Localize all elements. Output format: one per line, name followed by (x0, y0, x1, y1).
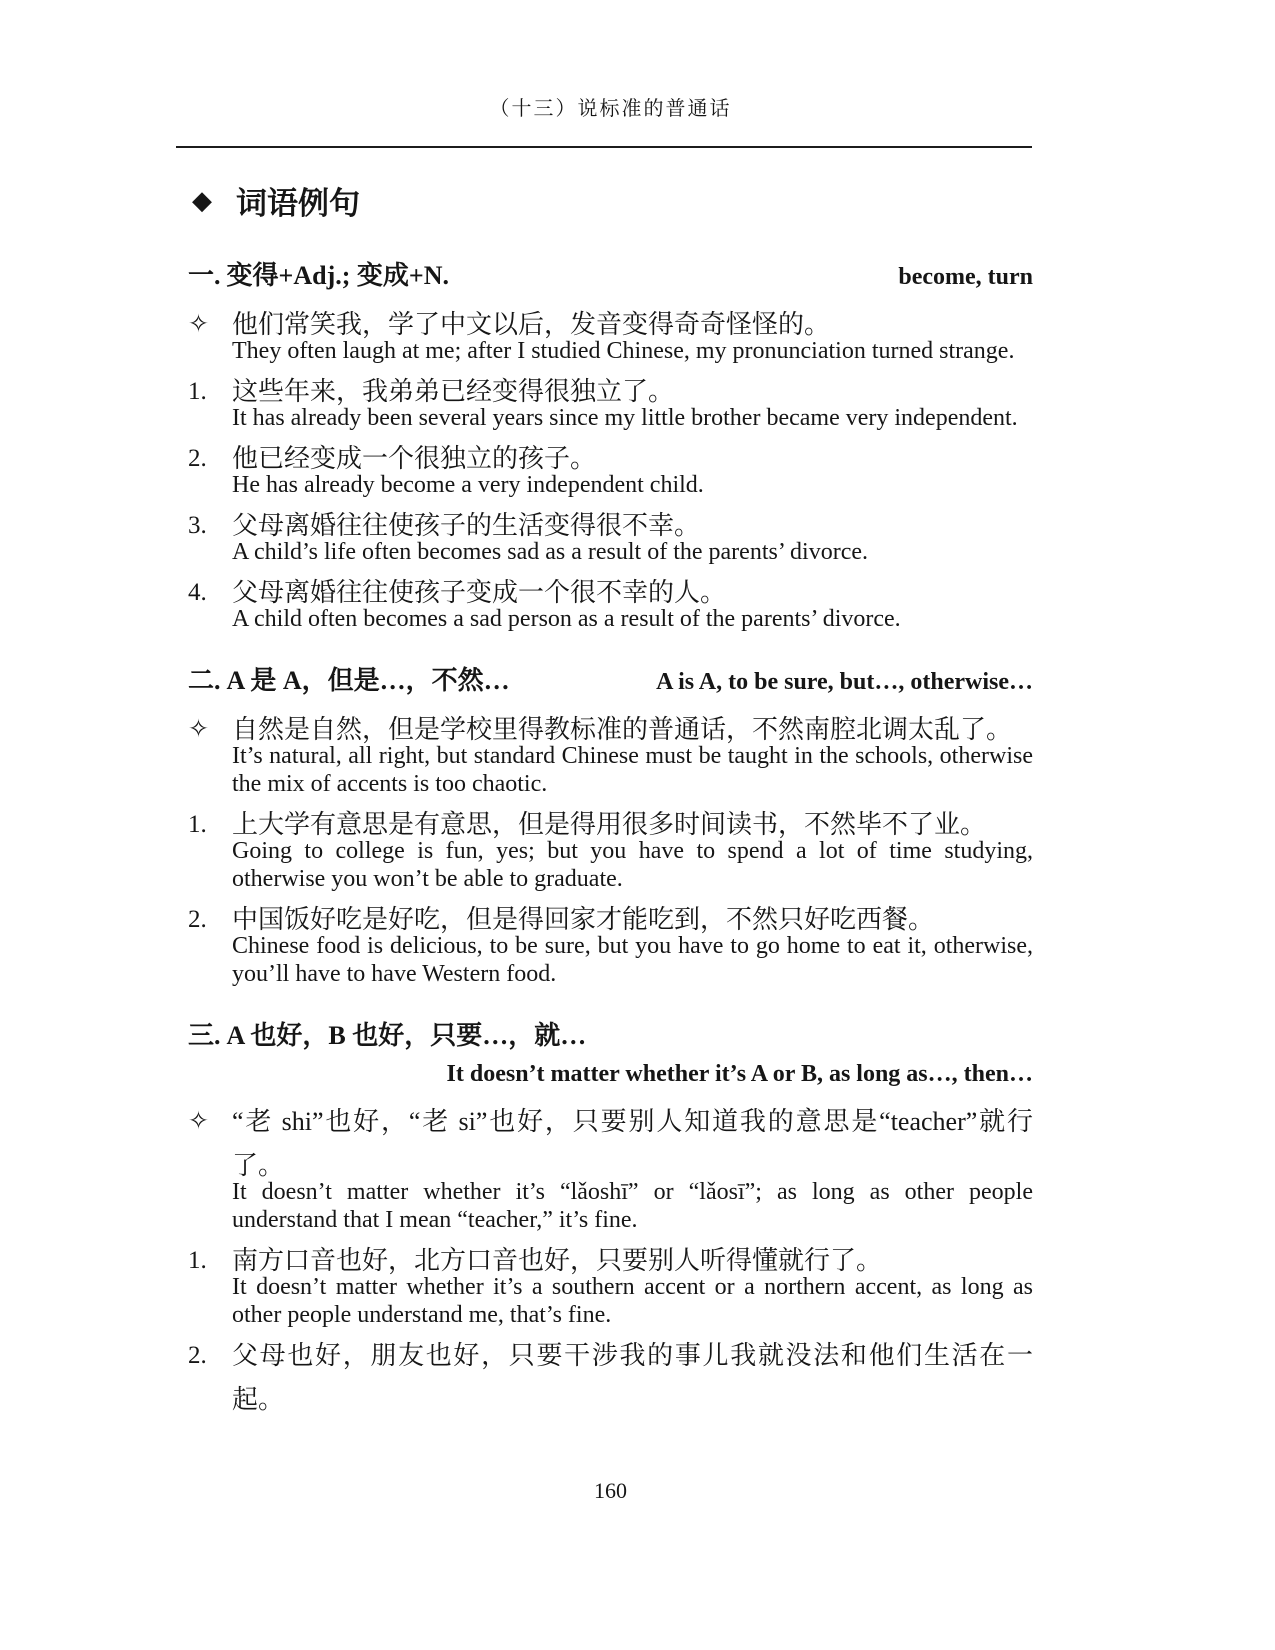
item-number: 1. (188, 370, 232, 434)
english-translation: He has already become a very independent… (232, 471, 1033, 499)
textbook-page: （十三）说标准的普通话 ◆ 词语例句 一.变得+Adj.; 变成+N. beco… (0, 0, 1275, 1650)
example-item: 3. 父母离婚往往使孩子的生活变得很不幸。 A child’s life oft… (188, 504, 1033, 568)
item-number: 4. (188, 571, 232, 635)
section-pattern: A 是 A，但是…，不然… (227, 666, 510, 695)
example-item: 2. 父母也好，朋友也好，只要干涉我的事儿我就没法和他们生活在一起。 (188, 1334, 1033, 1422)
example-item: 1. 这些年来，我弟弟已经变得很独立了。 It has already been… (188, 370, 1033, 434)
english-translation: They often laugh at me; after I studied … (232, 337, 1033, 365)
star-bullet-icon: ✧ (188, 708, 232, 800)
section-title-cn: 二.A 是 A，但是…，不然… (188, 663, 510, 699)
section-heading: 一.变得+Adj.; 变成+N. become, turn (188, 258, 1033, 295)
grammar-section-3: 三.A 也好，B 也好，只要…，就… It doesn’t matter whe… (188, 1018, 1033, 1422)
english-translation: It has already been several years since … (232, 404, 1033, 432)
english-translation: It doesn’t matter whether it’s “lǎoshī” … (232, 1178, 1033, 1234)
section-subtitle-en: It doesn’t matter whether it’s A or B, a… (188, 1056, 1033, 1092)
example-item: 2. 中国饭好吃是好吃，但是得回家才能吃到，不然只好吃西餐。 Chinese f… (188, 898, 1033, 990)
example-item: ✧ “老 shi”也好，“老 si”也好，只要别人知道我的意思是“teacher… (188, 1100, 1033, 1236)
header-divider (176, 146, 1032, 148)
item-number: 3. (188, 504, 232, 568)
english-translation: Chinese food is delicious, to be sure, b… (232, 932, 1033, 988)
section-title-cn: 一.变得+Adj.; 变成+N. (188, 258, 449, 294)
example-item: 1. 南方口音也好，北方口音也好，只要别人听得懂就行了。 It doesn’t … (188, 1239, 1033, 1331)
section-title-cn: 三.A 也好，B 也好，只要…，就… (188, 1018, 586, 1054)
examples-content: 一.变得+Adj.; 变成+N. become, turn ✧ 他们常笑我，学了… (188, 258, 1033, 1450)
filled-diamond-icon: ◆ (192, 185, 212, 216)
page-section-heading-text: 词语例句 (236, 178, 360, 223)
section-title-en: A is A, to be sure, but…, otherwise… (656, 664, 1033, 700)
section-number: 二. (188, 666, 221, 695)
example-item: 2. 他已经变成一个很独立的孩子。 He has already become … (188, 437, 1033, 501)
section-heading: 二.A 是 A，但是…，不然… A is A, to be sure, but…… (188, 663, 1033, 700)
english-translation: A child’s life often becomes sad as a re… (232, 538, 1033, 566)
running-header: （十三）说标准的普通话 (188, 92, 1033, 121)
page-section-heading: ◆ 词语例句 (192, 178, 360, 223)
english-translation: It doesn’t matter whether it’s a souther… (232, 1273, 1033, 1329)
chinese-sentence: 父母也好，朋友也好，只要干涉我的事儿我就没法和他们生活在一起。 (232, 1334, 1033, 1422)
item-number: 2. (188, 1334, 232, 1422)
grammar-section-1: 一.变得+Adj.; 变成+N. become, turn ✧ 他们常笑我，学了… (188, 258, 1033, 635)
section-pattern: A 也好，B 也好，只要…，就… (227, 1021, 587, 1050)
english-translation: It’s natural, all right, but standard Ch… (232, 742, 1033, 798)
section-title-en: become, turn (898, 259, 1033, 295)
item-number: 2. (188, 898, 232, 990)
english-translation: A child often becomes a sad person as a … (232, 605, 1033, 633)
section-heading: 三.A 也好，B 也好，只要…，就… (188, 1018, 1033, 1054)
item-number: 2. (188, 437, 232, 501)
section-number: 一. (188, 261, 221, 290)
example-item: ✧ 自然是自然，但是学校里得教标准的普通话，不然南腔北调太乱了。 It’s na… (188, 708, 1033, 800)
item-number: 1. (188, 803, 232, 895)
grammar-section-2: 二.A 是 A，但是…，不然… A is A, to be sure, but…… (188, 663, 1033, 990)
item-number: 1. (188, 1239, 232, 1331)
page-number: 160 (188, 1478, 1033, 1504)
star-bullet-icon: ✧ (188, 1100, 232, 1236)
english-translation: Going to college is fun, yes; but you ha… (232, 837, 1033, 893)
example-item: ✧ 他们常笑我，学了中文以后，发音变得奇奇怪怪的。 They often lau… (188, 303, 1033, 367)
example-item: 4. 父母离婚往往使孩子变成一个很不幸的人。 A child often bec… (188, 571, 1033, 635)
section-pattern: 变得+Adj.; 变成+N. (227, 261, 449, 290)
example-item: 1. 上大学有意思是有意思，但是得用很多时间读书，不然毕不了业。 Going t… (188, 803, 1033, 895)
star-bullet-icon: ✧ (188, 303, 232, 367)
chinese-sentence: “老 shi”也好，“老 si”也好，只要别人知道我的意思是“teacher”就… (232, 1100, 1033, 1188)
section-number: 三. (188, 1021, 221, 1050)
